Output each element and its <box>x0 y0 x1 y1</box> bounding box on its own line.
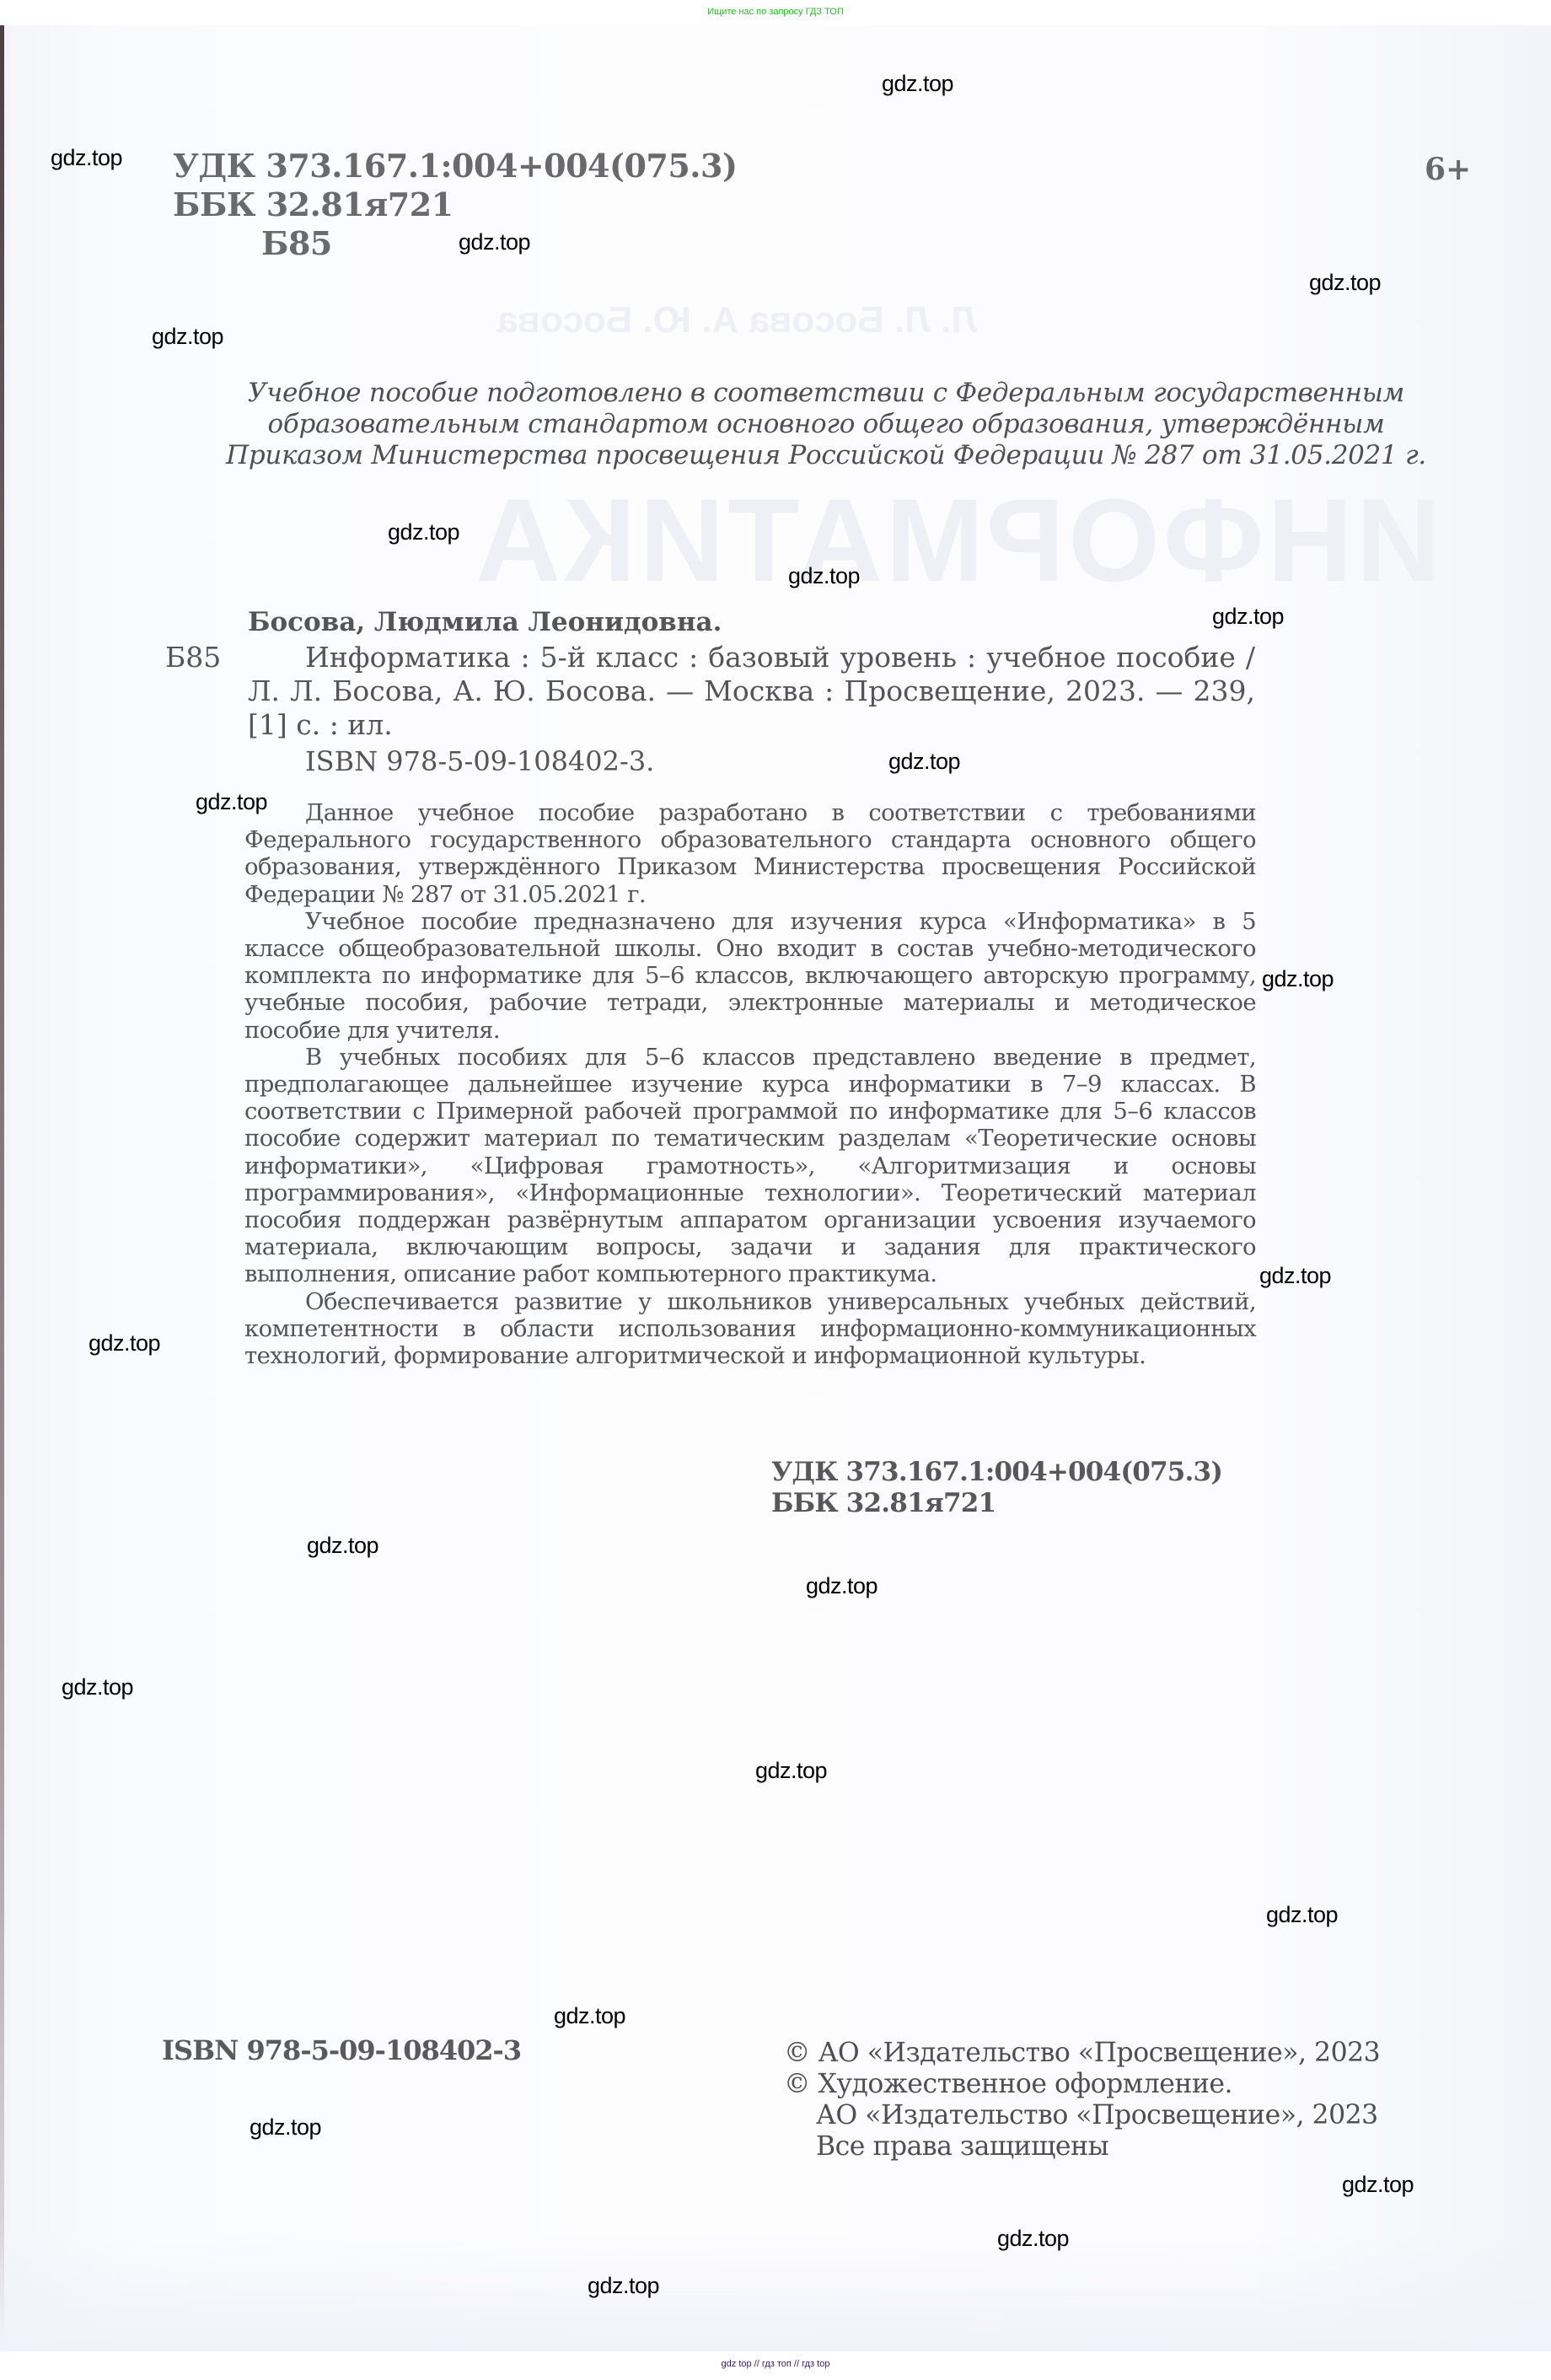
age-rating-badge: 6+ <box>1425 152 1471 187</box>
imprint-isbn: ISBN 978-5-09-108402-3 <box>162 2034 521 2066</box>
copyright-line: АО «Издательство «Просвещение», 2023 <box>784 2100 1380 2131</box>
footer-bbk: ББК 32.81я721 <box>771 1488 1222 1519</box>
watermark-text: gdz.top <box>250 2114 321 2141</box>
watermark-text: gdz.top <box>997 2226 1069 2252</box>
footer-udc: УДК 373.167.1:004+004(075.3) <box>771 1457 1222 1488</box>
watermark-text: gdz.top <box>1309 270 1381 296</box>
record-description: Информатика : 5-й класс : базовый уровен… <box>248 641 1255 742</box>
header-classification: УДК 373.167.1:004+004(075.3) ББК 32.81я7… <box>173 147 737 263</box>
watermark-text: gdz.top <box>882 71 953 97</box>
record-code: Б85 <box>165 641 221 674</box>
watermark-text: gdz.top <box>554 2003 625 2029</box>
watermark-text: gdz.top <box>89 1330 160 1357</box>
header-author-mark: Б85 <box>173 224 737 263</box>
watermark-text: gdz.top <box>1259 1263 1331 1289</box>
watermark-text: gdz.top <box>1342 2172 1414 2198</box>
annotation-paragraph: Обеспечивается развитие у школьников уни… <box>244 1288 1256 1370</box>
site-footer[interactable]: gdz top // гдз топ // гдз top <box>0 2351 1551 2380</box>
record-author: Босова, Людмила Леонидовна. <box>248 605 1261 639</box>
watermark-text: gdz.top <box>388 519 459 545</box>
annotation-paragraph: В учебных пособиях для 5–6 классов предс… <box>244 1044 1256 1288</box>
watermark-text: gdz.top <box>152 324 223 350</box>
watermark-text: gdz.top <box>755 1758 827 1784</box>
site-banner[interactable]: Ищите нас по запросу ГДЗ ТОП <box>0 0 1551 25</box>
watermark-text: gdz.top <box>196 789 267 815</box>
page-spine-shadow <box>0 25 4 2351</box>
watermark-text: gdz.top <box>1262 966 1334 992</box>
header-udc: УДК 373.167.1:004+004(075.3) <box>173 147 737 185</box>
fgos-note-line: Приказом Министерства просвещения Россий… <box>169 440 1484 471</box>
watermark-text: gdz.top <box>806 1573 877 1599</box>
classification-footer: УДК 373.167.1:004+004(075.3) ББК 32.81я7… <box>771 1457 1222 1519</box>
copyright-line: © Художественное оформление. <box>784 2069 1380 2100</box>
watermark-text: gdz.top <box>459 229 530 255</box>
page-bottom-shade <box>0 2234 1551 2351</box>
watermark-text: gdz.top <box>62 1674 133 1700</box>
watermark-text: gdz.top <box>588 2273 659 2299</box>
bleed-through-authors: Л. Л. Босова А. Ю. Босова <box>497 299 977 341</box>
watermark-text: gdz.top <box>307 1533 378 1559</box>
watermark-text: gdz.top <box>788 563 860 589</box>
bibliographic-record: Босова, Людмила Леонидовна. Б85 Информат… <box>165 605 1261 779</box>
watermark-text: gdz.top <box>1212 604 1284 630</box>
watermark-text: gdz.top <box>1266 1902 1338 1928</box>
copyright-line: Все права защищены <box>784 2131 1380 2162</box>
watermark-text: gdz.top <box>888 749 960 775</box>
record-isbn: ISBN 978-5-09-108402-3. <box>305 744 1261 779</box>
fgos-note: Учебное пособие подготовлено в соответст… <box>169 378 1484 471</box>
copyright-block: © АО «Издательство «Просвещение», 2023 ©… <box>784 2038 1380 2162</box>
header-bbk: ББК 32.81я721 <box>173 185 737 224</box>
record-description-block: Б85 Информатика : 5-й класс : базовый ур… <box>165 641 1261 742</box>
bleed-through-title: ИНФОРМАТИКА <box>472 472 1441 609</box>
copyright-line: © АО «Издательство «Просвещение», 2023 <box>784 2038 1380 2069</box>
annotation-paragraph: Данное учебное пособие разработано в соо… <box>244 799 1256 908</box>
annotation-paragraph: Учебное пособие предназначено для изучен… <box>244 908 1256 1044</box>
fgos-note-line: образовательным стандартом основного общ… <box>169 409 1484 440</box>
fgos-note-line: Учебное пособие подготовлено в соответст… <box>169 378 1484 409</box>
annotation: Данное учебное пособие разработано в соо… <box>244 799 1256 1369</box>
watermark-text: gdz.top <box>51 145 122 171</box>
